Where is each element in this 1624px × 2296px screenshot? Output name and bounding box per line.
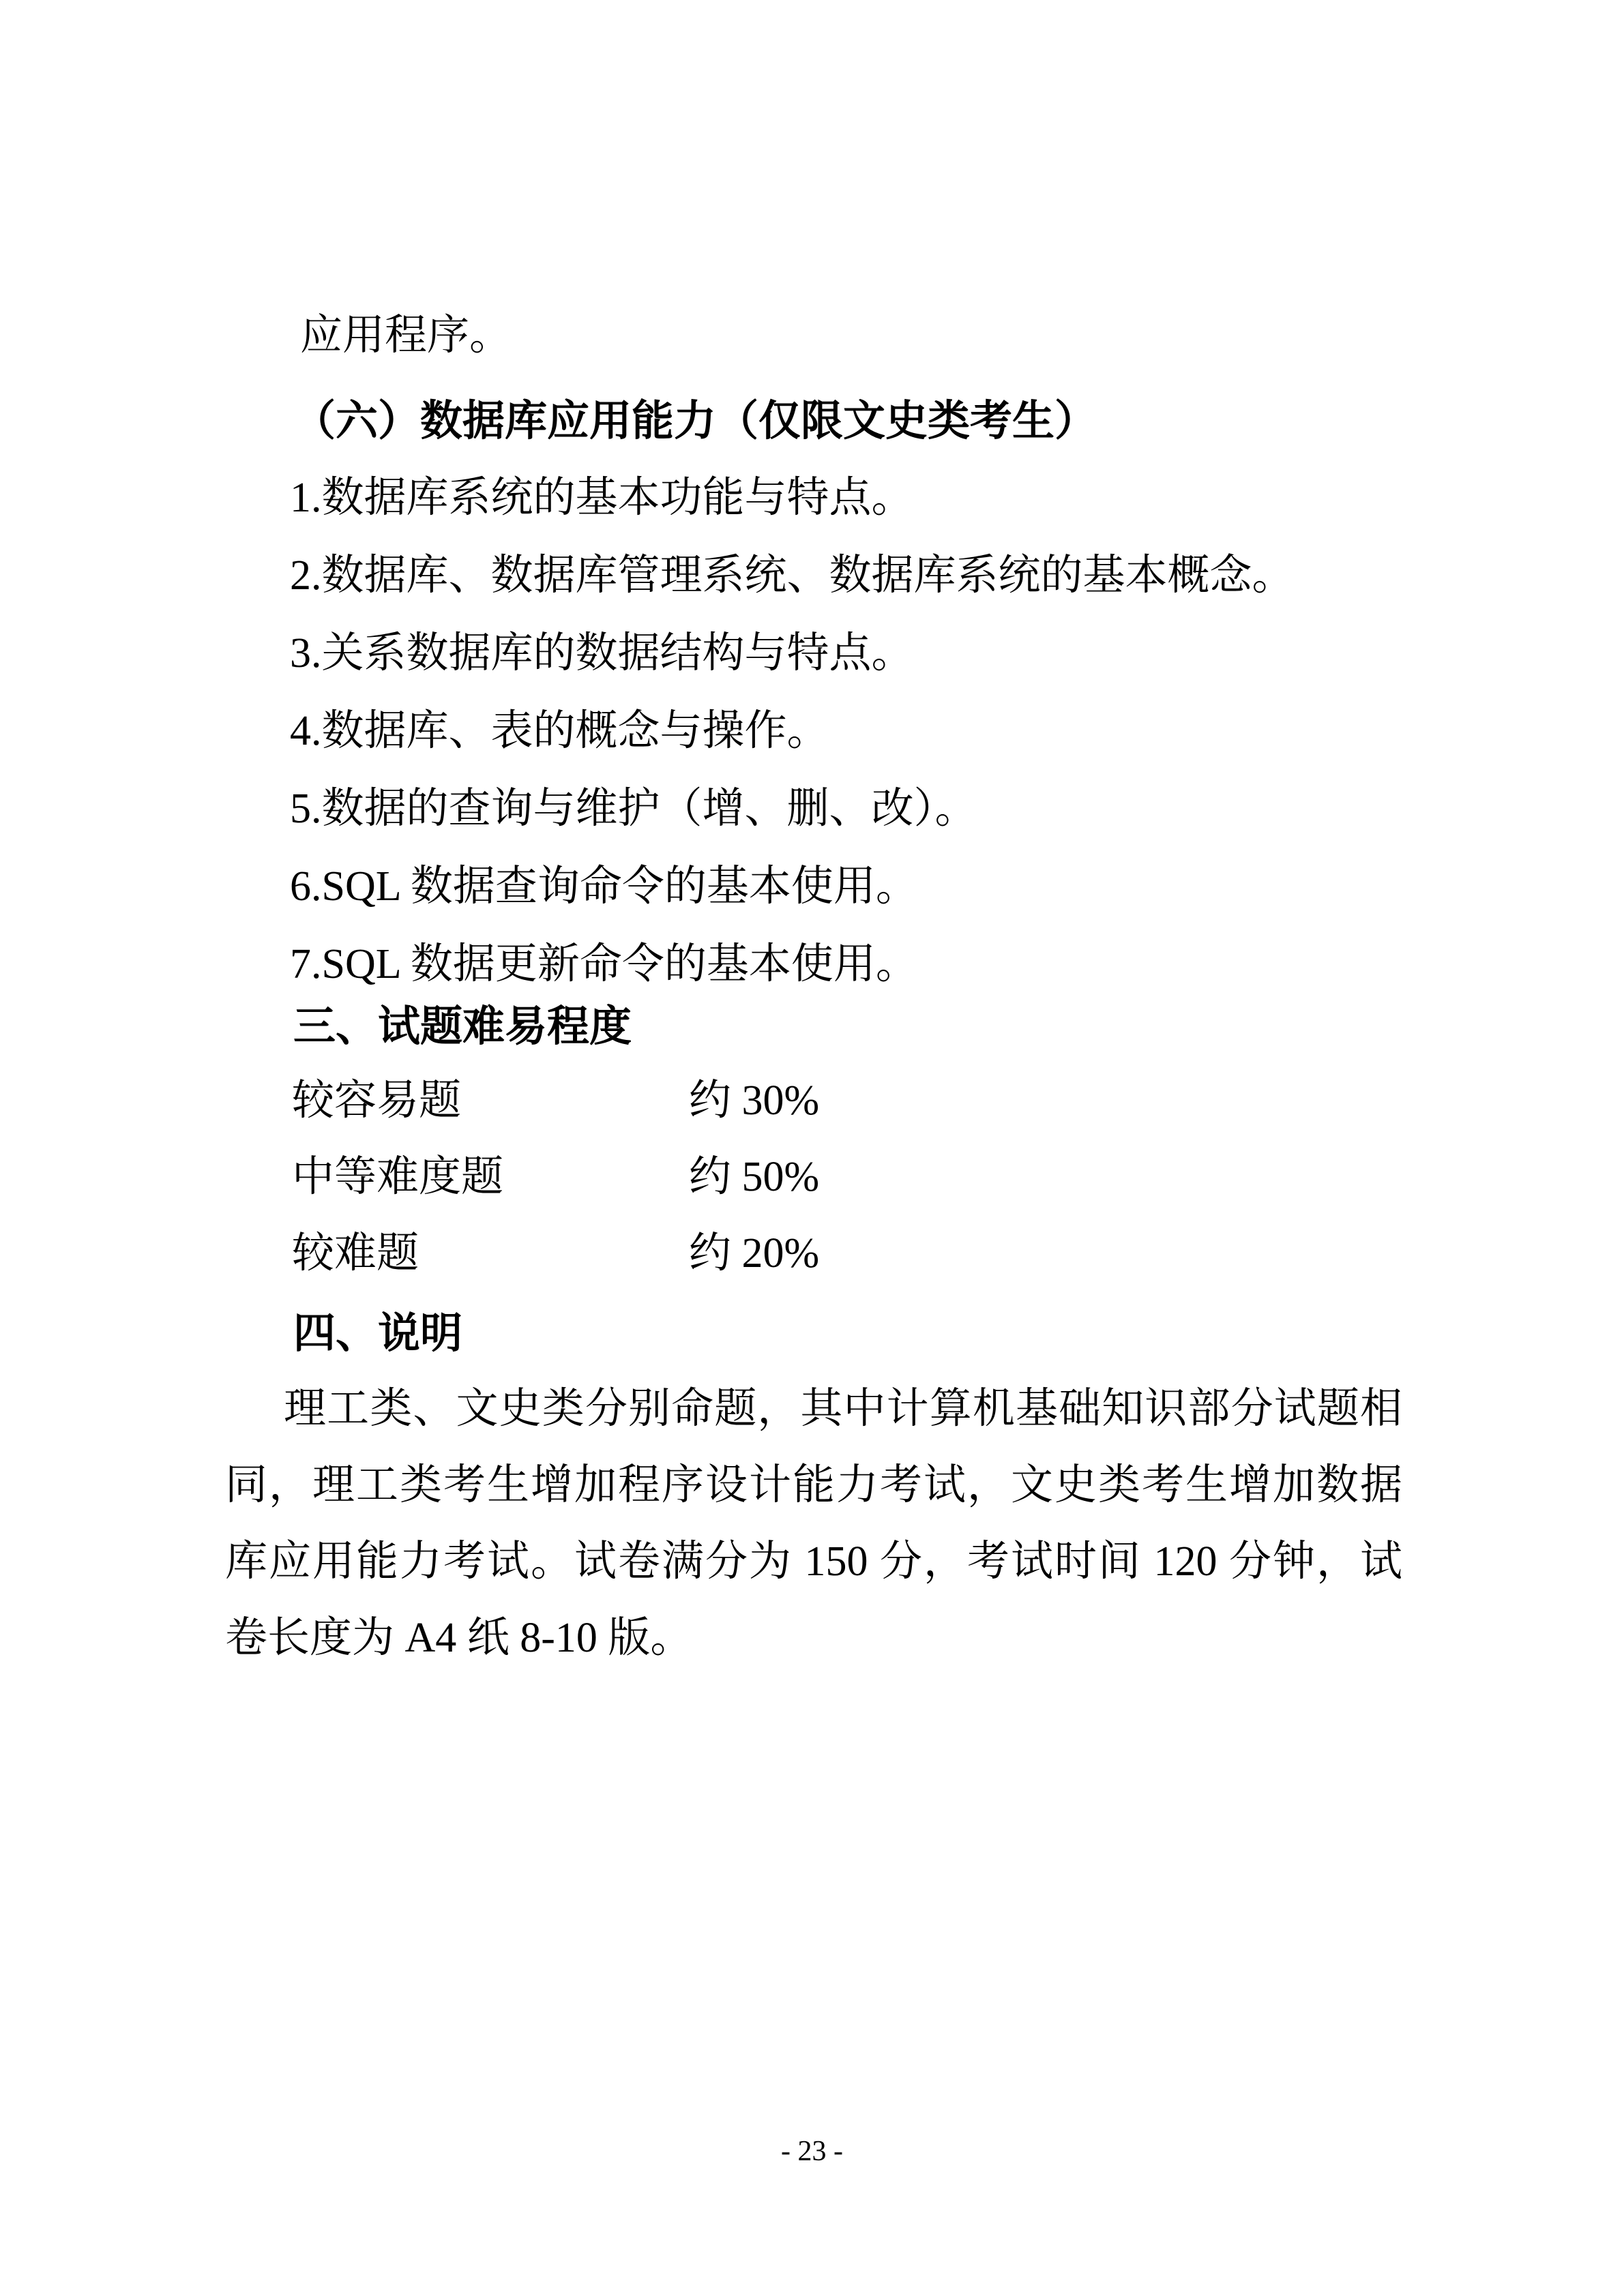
- difficulty-value: 约 20%: [689, 1230, 819, 1277]
- difficulty-label: 中等难度题: [292, 1139, 689, 1215]
- list-item: 3.关系数据库的数据结构与特点。: [290, 614, 1295, 692]
- list-item: 2.数据库、数据库管理系统、数据库系统的基本概念。: [290, 537, 1295, 614]
- continuation-line: 应用程序。: [300, 314, 512, 357]
- list-item: 6.SQL 数据查询命令的基本使用。: [290, 848, 1295, 925]
- difficulty-value: 约 50%: [689, 1154, 819, 1200]
- page-number: - 23 -: [0, 2137, 1624, 2166]
- difficulty-row: 较容易题约 30%: [292, 1062, 819, 1139]
- section-heading-difficulty: 三、试题难易程度: [293, 1006, 632, 1048]
- list-item: 7.SQL 数据更新命令的基本使用。: [290, 925, 1295, 1003]
- list-item: 4.数据库、表的概念与操作。: [290, 692, 1295, 770]
- difficulty-row: 中等难度题约 50%: [292, 1139, 819, 1215]
- difficulty-table: 较容易题约 30% 中等难度题约 50% 较难题约 20%: [292, 1062, 819, 1292]
- database-items-list: 1.数据库系统的基本功能与特点。 2.数据库、数据库管理系统、数据库系统的基本概…: [290, 459, 1295, 1003]
- section-heading-database: （六）数据库应用能力（仅限文史类考生）: [293, 400, 1097, 443]
- difficulty-label: 较容易题: [292, 1062, 689, 1139]
- section-heading-notes: 四、说明: [293, 1313, 462, 1355]
- document-page: 应用程序。 （六）数据库应用能力（仅限文史类考生） 1.数据库系统的基本功能与特…: [0, 0, 1624, 2296]
- notes-paragraph: 理工类、文史类分别命题，其中计算机基础知识部分试题相同，理工类考生增加程序设计能…: [225, 1371, 1402, 1676]
- difficulty-row: 较难题约 20%: [292, 1215, 819, 1292]
- difficulty-value: 约 30%: [689, 1077, 819, 1124]
- list-item: 1.数据库系统的基本功能与特点。: [290, 459, 1295, 537]
- difficulty-label: 较难题: [292, 1215, 689, 1292]
- list-item: 5.数据的查询与维护（增、删、改）。: [290, 770, 1295, 848]
